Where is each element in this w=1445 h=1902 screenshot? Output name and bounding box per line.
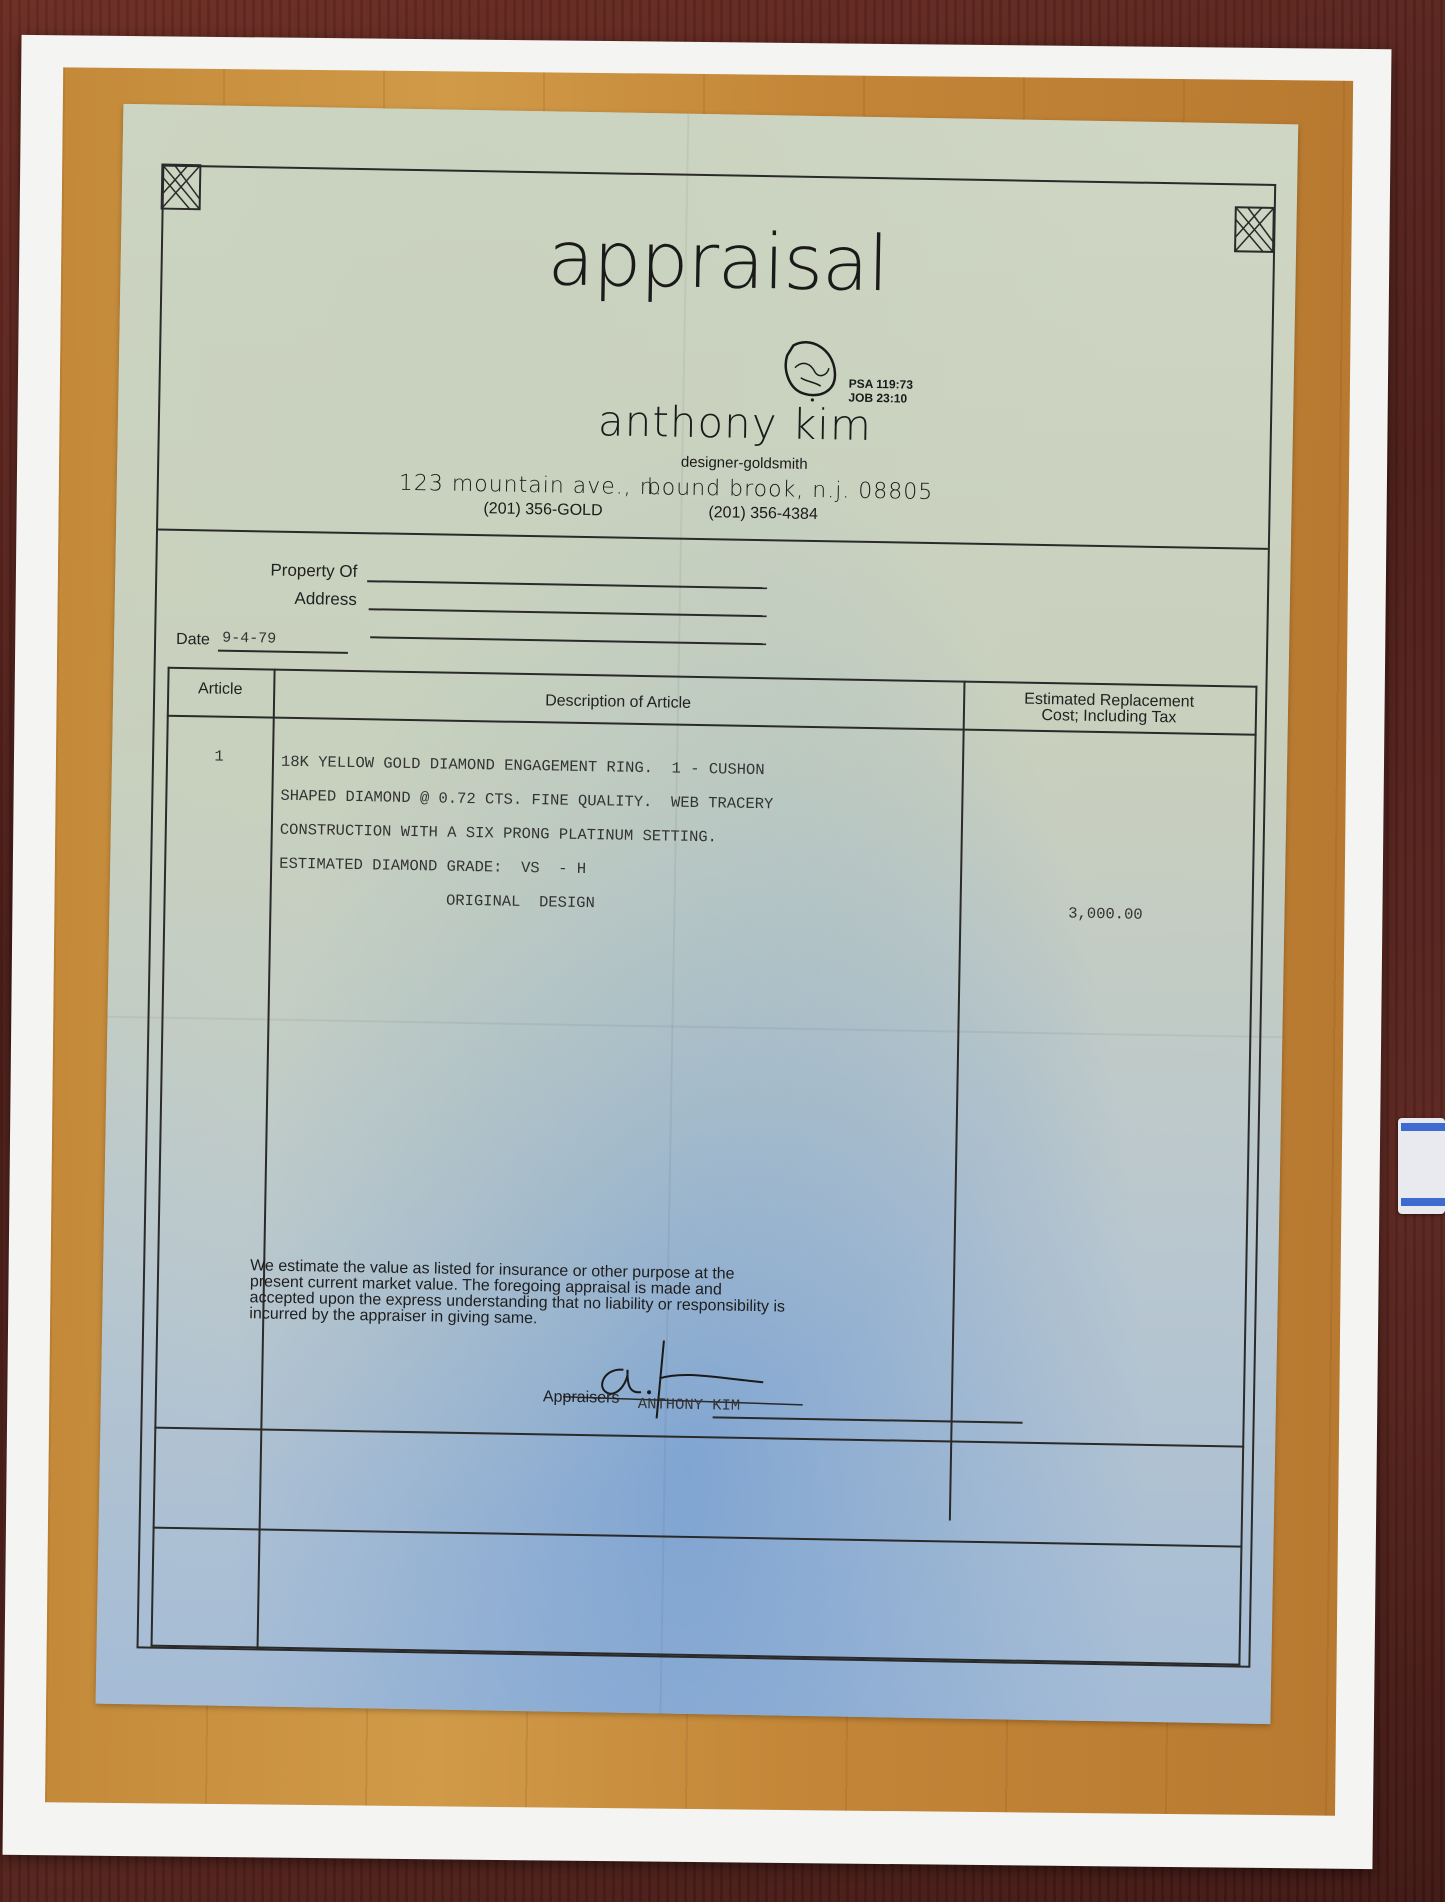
estimated-cost: 3,000.00 [959, 903, 1251, 926]
column-divider [257, 669, 276, 1649]
table-top-border [168, 667, 1258, 688]
date-field-line [218, 650, 348, 654]
hand-holding-stone-logo-icon [780, 337, 841, 402]
date-label: Date [176, 631, 210, 650]
address-field[interactable] [369, 608, 767, 616]
address-field-line-2[interactable] [370, 636, 766, 644]
article-number: 1 [166, 747, 272, 767]
description-line: SHAPED DIAMOND @ 0.72 CTS. FINE QUALITY.… [280, 787, 773, 814]
wood-background-print: appraisal PSA 119:73 JOB 23:10 anthony k… [45, 67, 1353, 1815]
property-of-label: Property Of [197, 559, 357, 582]
table-right-border [1238, 686, 1257, 1666]
column-header-article: Article [167, 681, 273, 699]
document-title: appraisal [162, 207, 1273, 315]
disclaimer-top-border [154, 1427, 1244, 1448]
address-label: Address [197, 587, 357, 610]
description-line: CONSTRUCTION WITH A SIX PRONG PLATINUM S… [280, 821, 717, 847]
description-line: ESTIMATED DIAMOND GRADE: VS - H [279, 855, 586, 878]
side-tab-object [1398, 1118, 1445, 1214]
column-header-description: Description of Article [273, 689, 963, 717]
appraisal-document: appraisal PSA 119:73 JOB 23:10 anthony k… [96, 104, 1299, 1724]
appraiser-name: ANTHONY KIM [638, 1395, 741, 1415]
phone-number-2: (201) 356-4384 [708, 504, 818, 524]
header-divider [158, 529, 1268, 550]
city-address: bound brook, n.j. 08805 [647, 475, 934, 505]
photocopy-sheet: appraisal PSA 119:73 JOB 23:10 anthony k… [3, 35, 1392, 1869]
column-divider [949, 681, 966, 1521]
disclaimer-bottom-border [153, 1527, 1243, 1548]
column-header-cost: Estimated Replacement Cost; Including Ta… [963, 691, 1256, 728]
description-line: 18K YELLOW GOLD DIAMOND ENGAGEMENT RING.… [281, 753, 765, 779]
document-frame: appraisal PSA 119:73 JOB 23:10 anthony k… [136, 165, 1276, 1668]
street-address: 123 mountain ave., n. [399, 471, 663, 501]
description-line: ORIGINAL DESIGN [278, 889, 595, 913]
appraisers-label: Appraisers [543, 1388, 620, 1407]
date-value: 9-4-79 [222, 630, 276, 648]
table-bottom-border [151, 1645, 1241, 1666]
property-of-field[interactable] [367, 580, 767, 588]
articles-table: Article Description of Article Estimated… [151, 667, 1258, 1666]
phone-number-1: (201) 356-GOLD [483, 500, 602, 520]
table-left-border [151, 667, 170, 1647]
liability-disclaimer: We estimate the value as listed for insu… [249, 1258, 790, 1331]
scripture-reference: PSA 119:73 [849, 377, 914, 392]
